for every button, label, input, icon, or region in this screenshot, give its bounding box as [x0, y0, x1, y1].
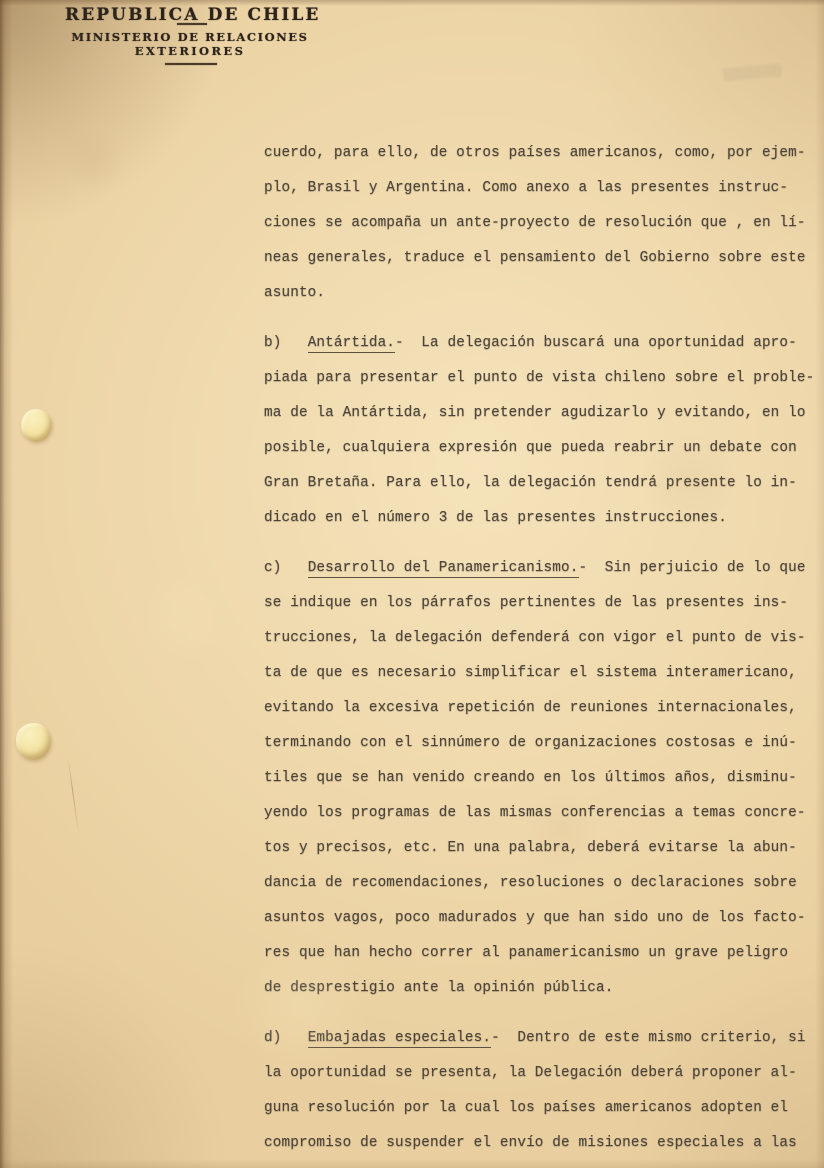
text-segment: dicado en el número 3 de las presentes i… — [264, 510, 727, 526]
text-line: Gran Bretaña. Para ello, la delegación t… — [264, 466, 816, 501]
text-line: guna resolución por la cual los países a… — [264, 1091, 816, 1126]
text-segment: plo, Brasil y Argentina. Como anexo a la… — [264, 180, 788, 196]
text-line: ta de que es necesario simplificar el si… — [264, 656, 816, 691]
underlined-heading: Embajadas especiales. — [308, 1030, 491, 1048]
letterhead-rule-top — [177, 23, 207, 25]
text-line: b) Antártida.- La delegación buscará una… — [264, 326, 816, 361]
text-segment: - La delegación buscará una oportunidad … — [395, 335, 797, 351]
text-line: plo, Brasil y Argentina. Como anexo a la… — [264, 171, 816, 206]
text-line: res que han hecho correr al panamericani… — [264, 936, 816, 971]
text-segment: res que han hecho correr al panamericani… — [264, 945, 788, 961]
text-segment: ma de la Antártida, sin pretender agudiz… — [264, 405, 806, 421]
text-segment: la oportunidad se presenta, la Delegació… — [264, 1065, 797, 1081]
punch-hole-top — [21, 409, 52, 442]
paragraph: d) Embajadas especiales.- Dentro de este… — [264, 1021, 816, 1161]
text-line: ciones se acompaña un ante-proyecto de r… — [264, 206, 816, 241]
text-line: de desprestigio ante la opinión pública. — [264, 971, 816, 1006]
pencil-mark — [723, 63, 782, 81]
text-line: terminando con el sinnúmero de organizac… — [264, 726, 816, 761]
text-line: compromiso de suspender el envío de misi… — [264, 1126, 816, 1161]
text-segment: neas generales, traduce el pensamiento d… — [264, 250, 806, 266]
text-line: asunto. — [264, 276, 816, 311]
text-segment: asunto. — [264, 285, 325, 301]
text-segment: evitando la excesiva repetición de reuni… — [264, 700, 797, 716]
text-segment: posible, cualquiera expresión que pueda … — [264, 440, 797, 456]
letterhead-rule-bottom — [165, 63, 217, 65]
text-line: tos y precisos, etc. En una palabra, deb… — [264, 831, 816, 866]
text-line: evitando la excesiva repetición de reuni… — [264, 691, 816, 726]
text-line: c) Desarrollo del Panamericanismo.- Sin … — [264, 551, 816, 586]
text-line: posible, cualquiera expresión que pueda … — [264, 431, 816, 466]
text-segment: guna resolución por la cual los países a… — [264, 1100, 788, 1116]
letterhead: REPUBLICA DE CHILE MINISTERIO DE RELACIO… — [65, 4, 315, 74]
paragraph: cuerdo, para ello, de otros países ameri… — [264, 136, 816, 311]
text-segment: c) — [264, 560, 308, 576]
text-segment: ta de que es necesario simplificar el si… — [264, 665, 797, 681]
text-segment: b) — [264, 335, 308, 351]
paragraph: c) Desarrollo del Panamericanismo.- Sin … — [264, 551, 816, 1006]
text-segment: asuntos vagos, poco madurados y que han … — [264, 910, 806, 926]
text-line: d) Embajadas especiales.- Dentro de este… — [264, 1021, 816, 1056]
text-segment: compromiso de suspender el envío de misi… — [264, 1135, 797, 1151]
text-line: dancia de recomendaciones, resoluciones … — [264, 866, 816, 901]
underlined-heading: Antártida. — [308, 335, 395, 353]
text-segment: tiles que se han venido creando en los ú… — [264, 770, 797, 786]
punch-hole-bottom — [16, 723, 51, 760]
text-segment: Gran Bretaña. Para ello, la delegación t… — [264, 475, 797, 491]
text-segment: yendo los programas de las mismas confer… — [264, 805, 806, 821]
document-body: cuerdo, para ello, de otros países ameri… — [264, 136, 816, 1168]
letterhead-ministry-line2: EXTERIORES — [65, 44, 315, 58]
paragraph: b) Antártida.- La delegación buscará una… — [264, 326, 816, 536]
text-line: dicado en el número 3 de las presentes i… — [264, 501, 816, 536]
text-line: se indique en los párrafos pertinentes d… — [264, 586, 816, 621]
text-segment: terminando con el sinnúmero de organizac… — [264, 735, 797, 751]
text-segment: - Sin perjuicio de lo que — [579, 560, 806, 576]
text-segment: - Dentro de este mismo criterio, si — [491, 1030, 806, 1046]
text-segment: trucciones, la delegación defenderá con … — [264, 630, 806, 646]
text-line: ma de la Antártida, sin pretender agudiz… — [264, 396, 816, 431]
letterhead-country: REPUBLICA DE CHILE — [65, 5, 315, 25]
text-segment: dancia de recomendaciones, resoluciones … — [264, 875, 797, 891]
text-line: neas generales, traduce el pensamiento d… — [264, 241, 816, 276]
document-page: REPUBLICA DE CHILE MINISTERIO DE RELACIO… — [0, 0, 824, 1168]
text-line: yendo los programas de las mismas confer… — [264, 796, 816, 831]
text-segment: d) — [264, 1030, 308, 1046]
text-segment: de desprestigio ante la opinión pública. — [264, 980, 613, 996]
text-segment: tos y precisos, etc. En una palabra, deb… — [264, 840, 797, 856]
text-segment: ciones se acompaña un ante-proyecto de r… — [264, 215, 806, 231]
text-line: cuerdo, para ello, de otros países ameri… — [264, 136, 816, 171]
text-line: asuntos vagos, poco madurados y que han … — [264, 901, 816, 936]
text-line: trucciones, la delegación defenderá con … — [264, 621, 816, 656]
text-segment: se indique en los párrafos pertinentes d… — [264, 595, 788, 611]
letterhead-ministry-line1: MINISTERIO DE RELACIONES — [65, 30, 315, 44]
text-line: piada para presentar el punto de vista c… — [264, 361, 816, 396]
text-line: la oportunidad se presenta, la Delegació… — [264, 1056, 816, 1091]
text-segment: cuerdo, para ello, de otros países ameri… — [264, 145, 806, 161]
text-line: tiles que se han venido creando en los ú… — [264, 761, 816, 796]
text-segment: piada para presentar el punto de vista c… — [264, 370, 814, 386]
paper-scratch — [68, 758, 80, 835]
underlined-heading: Desarrollo del Panamericanismo. — [308, 560, 579, 578]
